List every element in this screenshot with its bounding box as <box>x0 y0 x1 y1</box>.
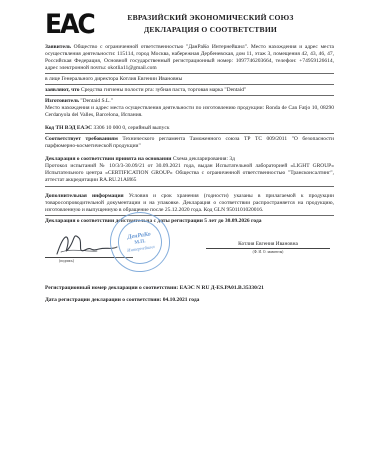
compliance-paragraph: Соответствует требованиям Технического р… <box>45 136 334 150</box>
title-line-2: ДЕКЛАРАЦИЯ О СООТВЕТСТВИИ <box>87 24 334 36</box>
basis-label: Декларация о соответствии принята на осн… <box>45 156 171 162</box>
stamp-inner-ring: ДенРаКо М.П. Интернейшнл <box>115 217 165 267</box>
applicant-label: Заявитель <box>45 44 71 50</box>
subject-text: Средства гигиены полости рта: зубная пас… <box>81 87 246 93</box>
signature-area: (подпись) ДенРаКо М.П. Интернейшнл Котли… <box>45 228 334 278</box>
applicant-paragraph: Заявитель Общество с ограниченной ответс… <box>45 44 334 74</box>
protocol-paragraph: Протокол испытаний № 10/3/3-30.09/21 от … <box>45 163 334 186</box>
stamp-company-name: ДенРаКо <box>127 231 151 240</box>
declarant-name-block: Котлия Евгения Ивановна (Ф. И. О. заявит… <box>206 241 330 255</box>
tnved-code-line: Код ТН ВЭД ЕАЭС 3306 10 000 0, серийный … <box>45 125 334 134</box>
subject-label: заявляют, что <box>45 87 80 93</box>
manufacturer-address: Место нахождения и адрес места осуществл… <box>45 105 334 119</box>
document-header: ЕАС ЕВРАЗИЙСКИЙ ЭКОНОМИЧЕСКИЙ СОЮЗ ДЕКЛА… <box>45 9 334 37</box>
additional-info-label: Дополнительная информация <box>45 193 124 199</box>
declarant-name: Котлия Евгения Ивановна <box>206 241 330 250</box>
validity-line: Декларация о соответствии действительна … <box>45 218 334 225</box>
manufacturer-line: Изготовитель "Dentaid S.L." <box>45 98 334 105</box>
manufacturer-label: Изготовитель <box>45 98 79 104</box>
document-title: ЕВРАЗИЙСКИЙ ЭКОНОМИЧЕСКИЙ СОЮЗ ДЕКЛАРАЦИ… <box>87 9 334 36</box>
stamp-company-name-2: Интернейшнл <box>127 244 155 253</box>
additional-info-paragraph: Дополнительная информация Условия и срок… <box>45 193 334 216</box>
compliance-label: Соответствует требованиям <box>45 136 118 142</box>
registration-number-line: Регистрационный номер декларации о соотв… <box>45 285 334 292</box>
tnved-text: 3306 10 000 0, серийный выпуск <box>93 125 169 131</box>
eac-logo: ЕАС <box>45 9 87 39</box>
applicant-text: Общество с ограниченной ответственностью… <box>45 44 334 71</box>
signature-caption: (подпись) <box>59 259 74 263</box>
declarant-name-caption: (Ф. И. О. заявителя) <box>206 250 330 254</box>
title-line-1: ЕВРАЗИЙСКИЙ ЭКОНОМИЧЕСКИЙ СОЮЗ <box>87 12 334 24</box>
basis-scheme: Схема декларирования: 3д <box>173 156 235 162</box>
representative-line: в лице Генерального директора Котлия Евг… <box>45 76 334 85</box>
tnved-label: Код ТН ВЭД ЕАЭС <box>45 125 92 131</box>
subject-line: заявляют, что Средства гигиены полости р… <box>45 87 334 96</box>
registration-date-line: Дата регистрации декларации о соответств… <box>45 297 334 304</box>
declaration-document: ЕАС ЕВРАЗИЙСКИЙ ЭКОНОМИЧЕСКИЙ СОЮЗ ДЕКЛА… <box>0 0 375 450</box>
manufacturer-name: "Dentaid S.L." <box>80 98 112 104</box>
